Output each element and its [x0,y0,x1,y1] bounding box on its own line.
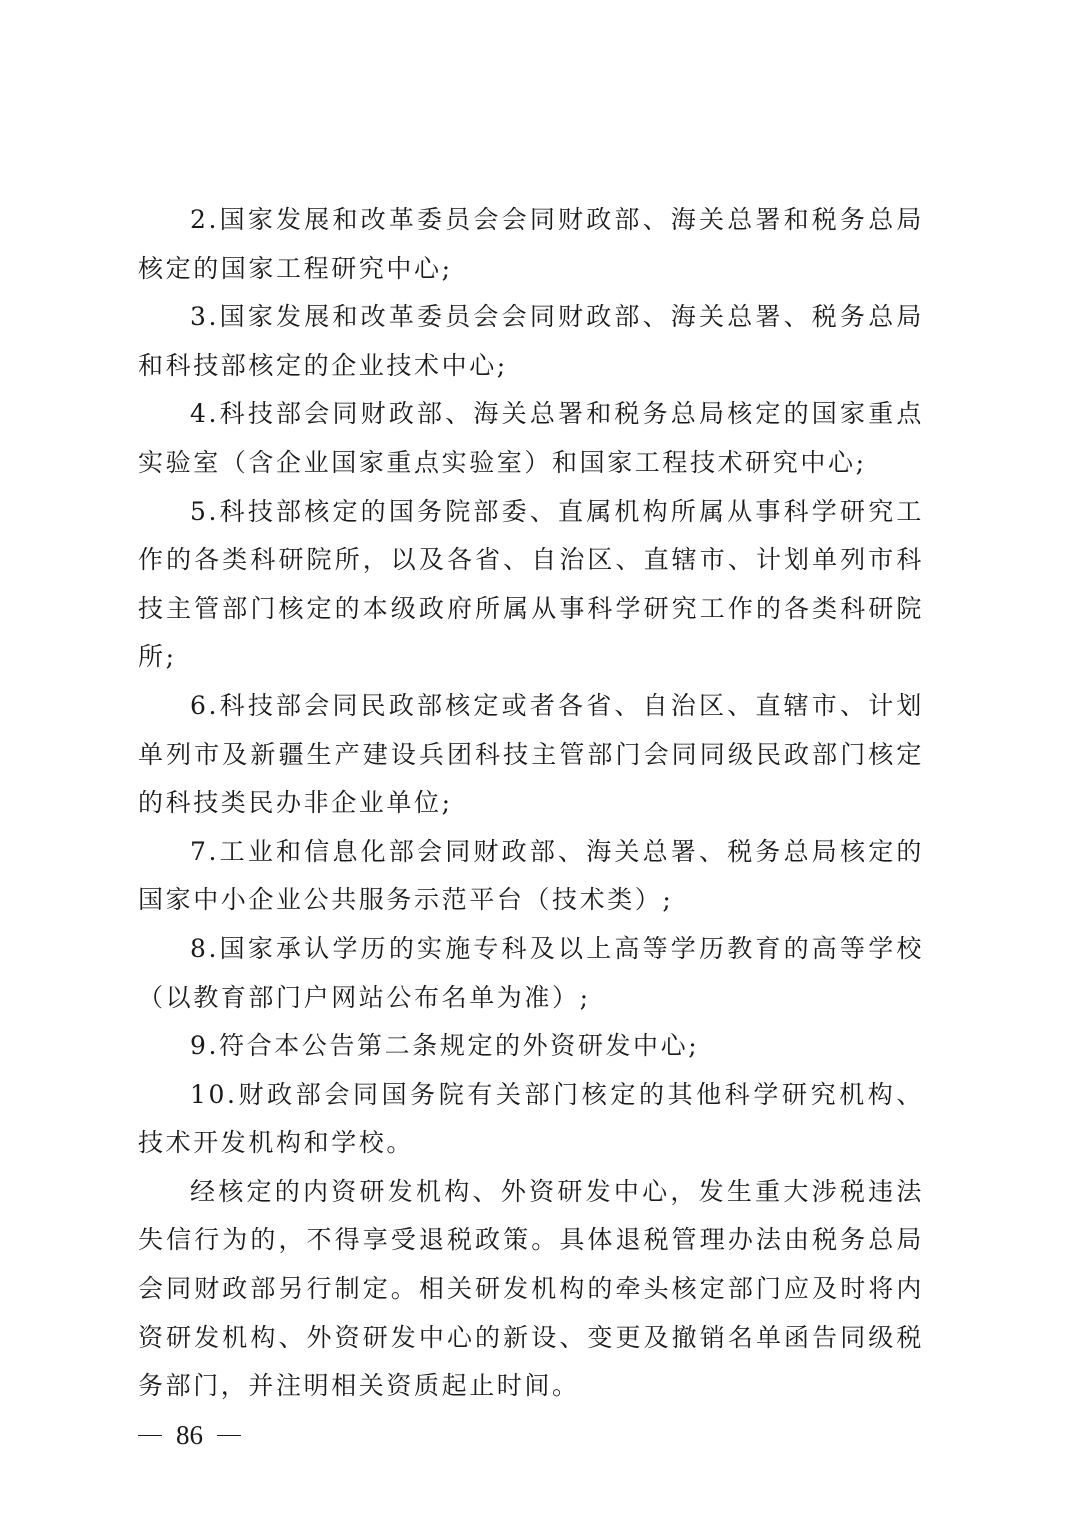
list-item-7: 7.工业和信息化部会同财政部、海关总署、税务总局核定的国家中小企业公共服务示范平… [138,828,924,925]
list-item-10: 10.财政部会同国务院有关部门核定的其他科学研究机构、技术开发机构和学校。 [138,1071,924,1168]
document-body: 2.国家发展和改革委员会会同财政部、海关总署和税务总局核定的国家工程研究中心; … [138,196,924,1411]
list-item-4: 4.科技部会同财政部、海关总署和税务总局核定的国家重点实验室（含企业国家重点实验… [138,390,924,487]
dash-left [138,1435,162,1437]
list-item-2: 2.国家发展和改革委员会会同财政部、海关总署和税务总局核定的国家工程研究中心; [138,196,924,293]
list-item-6: 6.科技部会同民政部核定或者各省、自治区、直辖市、计划单列市及新疆生产建设兵团科… [138,682,924,828]
document-page: 2.国家发展和改革委员会会同财政部、海关总署和税务总局核定的国家工程研究中心; … [0,0,1074,1520]
list-item-3: 3.国家发展和改革委员会会同财政部、海关总署、税务总局和科技部核定的企业技术中心… [138,293,924,390]
list-item-8: 8.国家承认学历的实施专科及以上高等学历教育的高等学校（以教育部门户网站公布名单… [138,925,924,1022]
page-number-footer: 86 [138,1420,241,1451]
list-item-9: 9.符合本公告第二条规定的外资研发中心; [138,1022,924,1071]
list-item-5: 5.科技部核定的国务院部委、直属机构所属从事科学研究工作的各类科研院所，以及各省… [138,488,924,682]
page-number: 86 [176,1420,203,1451]
dash-right [217,1435,241,1437]
closing-paragraph: 经核定的内资研发机构、外资研发中心，发生重大涉税违法失信行为的，不得享受退税政策… [138,1168,924,1411]
